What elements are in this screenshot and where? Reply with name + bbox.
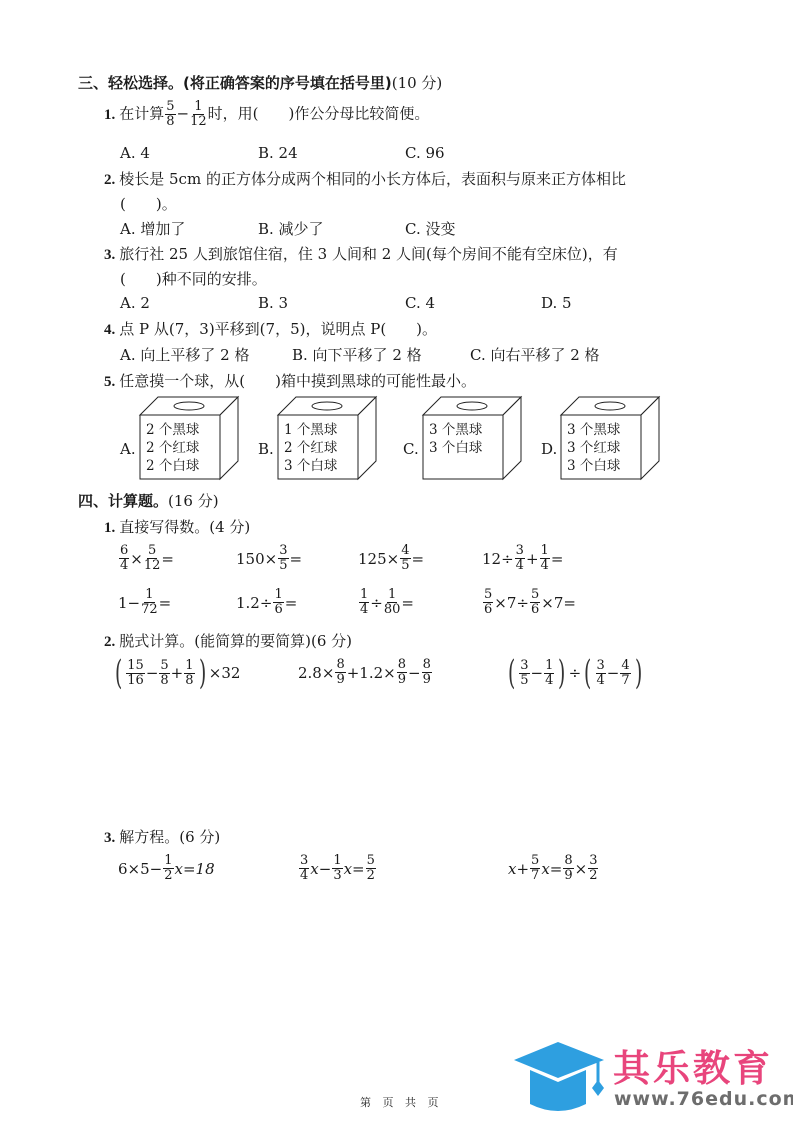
fraction: 14 xyxy=(544,659,554,688)
option-c: C. 向右平移了 2 格 xyxy=(470,344,600,365)
section-points: (10 分) xyxy=(392,74,443,92)
box-contents: 2 个黑球2 个红球2 个白球 xyxy=(146,421,199,475)
fraction: 12 xyxy=(163,854,173,883)
numerator: 5 xyxy=(530,854,540,869)
numerator: 3 xyxy=(519,659,529,674)
brand-url: www.76edu.com xyxy=(614,1088,793,1110)
numerator: 3 xyxy=(596,659,606,674)
question-1: 1.在计算58−112时，用( )作公分母比较简便。 xyxy=(104,100,429,129)
numerator: 1 xyxy=(332,854,342,869)
oral-calc-item: 14÷180= xyxy=(358,588,414,617)
operator: ÷ xyxy=(501,550,514,568)
fraction: 35 xyxy=(278,544,288,573)
fraction: 13 xyxy=(332,854,342,883)
operator: + xyxy=(171,664,184,682)
section-title: 四、计算题。 xyxy=(78,492,168,510)
operator: ÷ xyxy=(569,664,582,682)
numerator: 1 xyxy=(540,544,550,559)
numerator: 8 xyxy=(397,658,407,673)
fraction: 32 xyxy=(588,854,598,883)
option-a: A. 2 xyxy=(120,294,150,312)
fraction: 16 xyxy=(273,588,283,617)
denominator: 5 xyxy=(401,559,409,573)
question-number: 1. xyxy=(104,107,115,123)
operator: × xyxy=(387,550,400,568)
fraction: 35 xyxy=(519,659,529,688)
question-number: 3. xyxy=(104,830,115,846)
expression-part: x= xyxy=(344,860,365,878)
brand-name: 其乐教育 xyxy=(613,1038,773,1092)
number: 12 xyxy=(482,550,501,568)
fraction: 34 xyxy=(299,854,309,883)
numerator: 4 xyxy=(400,544,410,559)
equals: = xyxy=(563,594,576,612)
expression-part: x+ xyxy=(508,860,529,878)
box-line: 3 个白球 xyxy=(567,457,620,475)
box-line: 1 个黑球 xyxy=(284,421,337,439)
option-b: B. 向下平移了 2 格 xyxy=(292,344,422,365)
fraction: 18 xyxy=(184,659,194,688)
box-line: 2 个黑球 xyxy=(146,421,199,439)
box-label: B. xyxy=(258,440,274,458)
question-number: 2. xyxy=(104,172,115,188)
numerator: 1 xyxy=(193,100,203,115)
denominator: 6 xyxy=(531,603,539,617)
numerator: 8 xyxy=(335,658,345,673)
box-line: 2 个白球 xyxy=(146,457,199,475)
fraction: 57 xyxy=(530,854,540,883)
oral-calc-item: 125×45= xyxy=(358,544,424,573)
question-points: (6 分) xyxy=(311,632,352,650)
section-3-heading: 三、轻松选择。(将正确答案的序号填在括号里)(10 分) xyxy=(78,72,442,93)
denominator: 7 xyxy=(621,674,629,688)
expression-part: 6×5− xyxy=(118,860,162,878)
option-a: A. 向上平移了 2 格 xyxy=(120,344,249,365)
option-c: C. 没变 xyxy=(405,218,455,239)
option-b: B. 24 xyxy=(258,144,298,162)
numerator: 6 xyxy=(119,544,129,559)
box-line: 3 个黑球 xyxy=(429,421,482,439)
oral-calc-item: 150×35= xyxy=(236,544,302,573)
question-number: 1. xyxy=(104,520,115,536)
question-text: 脱式计算。(能简算的要简算) xyxy=(119,632,311,650)
step-calc-expression-2: 2.8×89+1.2×89−89 xyxy=(298,658,433,687)
question-text: 棱长是 5cm 的正方体分成两个相同的小长方体后，表面积与原来正方体相比 xyxy=(119,170,626,188)
numerator: 3 xyxy=(278,544,288,559)
fraction: 14 xyxy=(540,544,550,573)
option-c: C. 96 xyxy=(405,144,445,162)
option-a: A. 增加了 xyxy=(120,218,185,239)
operator: ×7 xyxy=(541,594,563,612)
fraction: 512 xyxy=(144,544,161,573)
number: 1.2 xyxy=(236,594,260,612)
option-a: A. 4 xyxy=(120,144,150,162)
numerator: 8 xyxy=(563,854,573,869)
denominator: 6 xyxy=(274,603,282,617)
step-calc-expression-1: (1516−58+18)×32 xyxy=(112,658,240,688)
denominator: 2 xyxy=(589,869,597,883)
fraction: 52 xyxy=(366,854,376,883)
equals: = xyxy=(401,594,414,612)
graduation-cap-icon xyxy=(510,1042,610,1114)
denominator: 2 xyxy=(164,869,172,883)
numerator: 1 xyxy=(184,659,194,674)
numerator: 1 xyxy=(387,588,397,603)
numerator: 1 xyxy=(163,854,173,869)
page-footer: 第 页 共 页 xyxy=(360,1094,443,1110)
section-points: (16 分) xyxy=(168,492,219,510)
fraction: 58 xyxy=(165,100,175,129)
numerator: 5 xyxy=(483,588,493,603)
fraction: 45 xyxy=(400,544,410,573)
equals: = xyxy=(285,594,298,612)
operator: ÷ xyxy=(370,594,383,612)
question-text: 时，用( )作公分母比较简便。 xyxy=(208,105,430,123)
operator: − xyxy=(146,664,159,682)
question-3: 3.旅行社 25 人到旅馆住宿，住 3 人间和 2 人间(每个房间不能有空床位)… xyxy=(104,243,618,264)
expression-part: x= xyxy=(541,860,562,878)
box-label: C. xyxy=(403,440,419,458)
number: 125 xyxy=(358,550,387,568)
denominator: 4 xyxy=(360,603,368,617)
question-text: 在计算 xyxy=(119,105,164,123)
fraction: 34 xyxy=(515,544,525,573)
operator: − xyxy=(531,664,544,682)
numerator: 5 xyxy=(530,588,540,603)
denominator: 4 xyxy=(120,559,128,573)
expression-part: x− xyxy=(310,860,331,878)
box-contents: 1 个黑球2 个红球3 个白球 xyxy=(284,421,337,475)
operator: − xyxy=(408,664,421,682)
numerator: 1 xyxy=(544,659,554,674)
expression-part: x=18 xyxy=(175,860,215,878)
section-4-heading: 四、计算题。(16 分) xyxy=(78,490,219,511)
equation-1: 6×5−12x=18 xyxy=(118,854,215,883)
right-paren: ) xyxy=(558,658,565,688)
box-line: 3 个白球 xyxy=(429,439,482,457)
ball-box-a: A. 2 个黑球2 个红球2 个白球 xyxy=(120,393,242,483)
question-points: (6 分) xyxy=(179,828,220,846)
oral-calc-item: 64×512= xyxy=(118,544,174,573)
fraction: 1516 xyxy=(126,659,145,688)
operator: − xyxy=(128,594,141,612)
question-points: (4 分) xyxy=(209,518,250,536)
denominator: 8 xyxy=(185,674,193,688)
equals: = xyxy=(290,550,303,568)
fraction: 56 xyxy=(530,588,540,617)
denominator: 4 xyxy=(300,869,308,883)
numerator: 5 xyxy=(159,659,169,674)
ball-box-c: C. 3 个黑球3 个白球 xyxy=(403,393,525,483)
answer-blank: ( )种不同的安排。 xyxy=(120,268,267,289)
fraction: 47 xyxy=(620,659,630,688)
numerator: 3 xyxy=(588,854,598,869)
numerator: 1 xyxy=(359,588,369,603)
oral-calc-item: 56×7÷56×7= xyxy=(482,588,576,617)
numerator: 1 xyxy=(144,588,154,603)
fraction: 112 xyxy=(190,100,207,129)
fraction: 89 xyxy=(422,658,432,687)
denominator: 4 xyxy=(545,674,553,688)
fraction: 34 xyxy=(596,659,606,688)
step-calc-expression-3: (35−14)÷(34−47) xyxy=(505,658,645,688)
fraction: 89 xyxy=(335,658,345,687)
box-line: 3 个白球 xyxy=(284,457,337,475)
number: 1 xyxy=(118,594,128,612)
fraction: 56 xyxy=(483,588,493,617)
question-5: 5.任意摸一个球，从( )箱中摸到黑球的可能性最小。 xyxy=(104,370,476,391)
denominator: 2 xyxy=(367,869,375,883)
box-label: D. xyxy=(541,440,557,458)
number: 2.8× xyxy=(298,664,334,682)
equation-3: x+57x=89×32 xyxy=(508,854,599,883)
box-line: 2 个红球 xyxy=(146,439,199,457)
question-4: 4.点 P 从(7，3)平移到(7，5)，说明点 P( )。 xyxy=(104,318,437,339)
equals: = xyxy=(159,594,172,612)
question-text: 解方程。 xyxy=(119,828,179,846)
left-paren: ( xyxy=(508,658,515,688)
answer-blank: ( )。 xyxy=(120,193,177,214)
left-paren: ( xyxy=(584,658,591,688)
denominator: 4 xyxy=(516,559,524,573)
denominator: 5 xyxy=(279,559,287,573)
equals: = xyxy=(161,550,174,568)
right-paren: ) xyxy=(635,658,642,688)
operator: − xyxy=(607,664,620,682)
question-number: 3. xyxy=(104,247,115,263)
fraction: 64 xyxy=(119,544,129,573)
question-number: 4. xyxy=(104,322,115,338)
number: +1.2× xyxy=(347,664,396,682)
numerator: 4 xyxy=(620,659,630,674)
fraction: 14 xyxy=(359,588,369,617)
numerator: 5 xyxy=(165,100,175,115)
numerator: 5 xyxy=(366,854,376,869)
denominator: 5 xyxy=(520,674,528,688)
question-number: 5. xyxy=(104,374,115,390)
question-text: 旅行社 25 人到旅馆住宿，住 3 人间和 2 人间(每个房间不能有空床位)，有 xyxy=(119,245,618,263)
numerator: 3 xyxy=(299,854,309,869)
denominator: 3 xyxy=(333,869,341,883)
box-line: 3 个黑球 xyxy=(567,421,620,439)
denominator: 72 xyxy=(141,603,158,617)
fraction: 89 xyxy=(397,658,407,687)
question-text: 点 P 从(7，3)平移到(7，5)，说明点 P( )。 xyxy=(119,320,437,338)
denominator: 7 xyxy=(531,869,539,883)
question-text: 任意摸一个球，从( )箱中摸到黑球的可能性最小。 xyxy=(119,372,476,390)
ball-box-d: D. 3 个黑球3 个红球3 个白球 xyxy=(541,393,663,483)
equals: = xyxy=(551,550,564,568)
fraction: 89 xyxy=(563,854,573,883)
subquestion-1: 1.直接写得数。(4 分) xyxy=(104,516,250,537)
subquestion-2: 2.脱式计算。(能简算的要简算)(6 分) xyxy=(104,630,352,651)
denominator: 6 xyxy=(484,603,492,617)
denominator: 16 xyxy=(127,674,144,688)
fraction: 58 xyxy=(159,659,169,688)
box-contents: 3 个黑球3 个白球 xyxy=(429,421,482,457)
oral-calc-item: 1.2÷16= xyxy=(236,588,297,617)
denominator: 4 xyxy=(541,559,549,573)
denominator: 12 xyxy=(190,115,207,129)
question-text: 直接写得数。 xyxy=(119,518,209,536)
denominator: 9 xyxy=(398,673,406,687)
numerator: 5 xyxy=(147,544,157,559)
operator: + xyxy=(526,550,539,568)
denominator: 9 xyxy=(564,869,572,883)
equals: = xyxy=(412,550,425,568)
box-contents: 3 个黑球3 个红球3 个白球 xyxy=(567,421,620,475)
numerator: 1 xyxy=(273,588,283,603)
numerator: 15 xyxy=(126,659,145,674)
box-line: 2 个红球 xyxy=(284,439,337,457)
denominator: 80 xyxy=(384,603,401,617)
denominator: 12 xyxy=(144,559,161,573)
denominator: 8 xyxy=(160,674,168,688)
denominator: 9 xyxy=(336,673,344,687)
operator: ×7÷ xyxy=(494,594,529,612)
left-paren: ( xyxy=(115,658,122,688)
operator: × xyxy=(265,550,278,568)
right-paren: ) xyxy=(199,658,206,688)
number: 150 xyxy=(236,550,265,568)
operator: × xyxy=(575,860,588,878)
option-b: B. 3 xyxy=(258,294,288,312)
box-line: 3 个红球 xyxy=(567,439,620,457)
box-label: A. xyxy=(120,440,136,458)
operator: ÷ xyxy=(260,594,273,612)
option-d: D. 5 xyxy=(541,294,572,312)
numerator: 3 xyxy=(515,544,525,559)
option-b: B. 减少了 xyxy=(258,218,324,239)
fraction: 180 xyxy=(384,588,401,617)
denominator: 4 xyxy=(597,674,605,688)
denominator: 8 xyxy=(166,115,174,129)
oral-calc-item: 12÷34+14= xyxy=(482,544,563,573)
subquestion-3: 3.解方程。(6 分) xyxy=(104,826,220,847)
question-2: 2.棱长是 5cm 的正方体分成两个相同的小长方体后，表面积与原来正方体相比 xyxy=(104,168,626,189)
fraction: 172 xyxy=(141,588,158,617)
section-title: 三、轻松选择。(将正确答案的序号填在括号里) xyxy=(78,74,392,92)
oral-calc-item: 1−172= xyxy=(118,588,171,617)
ball-box-b: B. 1 个黑球2 个红球3 个白球 xyxy=(258,393,380,483)
denominator: 9 xyxy=(423,673,431,687)
numerator: 8 xyxy=(422,658,432,673)
equation-2: 34x−13x=52 xyxy=(298,854,377,883)
operator: × xyxy=(130,550,143,568)
question-number: 2. xyxy=(104,634,115,650)
option-c: C. 4 xyxy=(405,294,435,312)
operator: ×32 xyxy=(209,664,241,682)
operator: − xyxy=(177,105,190,123)
